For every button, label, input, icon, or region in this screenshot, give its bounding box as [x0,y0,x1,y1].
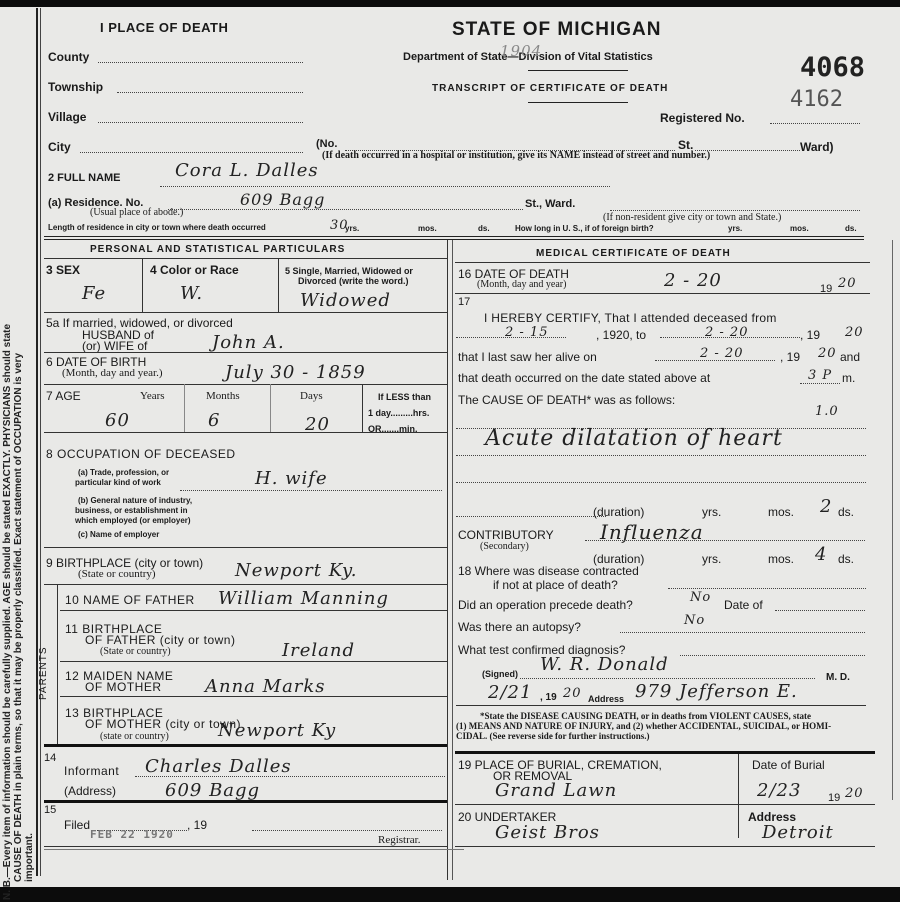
death-time-suffix: m. [842,371,855,385]
medical-section-title: MEDICAL CERTIFICATE OF DEATH [536,248,731,259]
age-days-label: Days [300,390,323,402]
informant-field[interactable] [135,776,445,777]
parents-bracket [57,584,58,744]
sex-value: Fe [82,283,106,304]
mother-birthplace-label-3: (state or country) [100,731,169,742]
county-label: County [48,50,89,64]
cause-label: The CAUSE OF DEATH* was as follows: [458,393,675,407]
cause-duration-label: (duration) [593,505,644,519]
margin-line-3: important. [24,20,35,900]
county-field[interactable] [98,62,303,63]
divider [44,239,864,240]
left-border-inner [40,8,41,876]
contributory-duration-days: 4 [815,544,827,565]
operation-label: Did an operation precede death? [458,598,633,612]
birthplace-sublabel: (State or country) [78,568,156,580]
attended-from-value: 2 - 15 [505,325,548,340]
divider [278,258,279,312]
mother-birthplace-value: Newport Ky [218,720,336,741]
attended-from-year: , 1920, to [596,328,646,342]
foreign-birth-label: How long in U. S., if of foreign birth? [515,224,654,233]
divider [44,432,447,433]
occupation-label: 8 OCCUPATION OF DECEASED [46,447,236,461]
divider [60,661,447,662]
ward-label: Ward) [800,140,834,154]
mother-name-label-2: OF MOTHER [85,680,162,694]
marital-label-2: Divorced (write the word.) [298,276,409,286]
divider [738,754,739,838]
personal-section-title: PERSONAL AND STATISTICAL PARTICULARS [90,244,345,255]
filed-label: Filed [64,818,90,832]
nonresident-note: (If non-resident give city or town and S… [603,212,781,223]
father-birthplace-value: Ireland [282,640,355,661]
ward-field-2[interactable] [610,210,860,211]
spouse-label-3: (or) WIFE of [82,339,147,353]
state-title: STATE OF MICHIGAN [452,19,661,41]
contributory-field[interactable] [585,540,865,541]
occ-a-label-1: (a) Trade, profession, or [78,468,169,477]
informant-value: Charles Dalles [145,756,292,777]
less-than-label: If LESS than [378,392,431,402]
divider [44,849,464,850]
autopsy-field[interactable] [620,632,865,633]
foreign-yrs-label: yrs. [728,224,742,233]
age-months-value: 6 [208,410,220,431]
divider-thick [44,744,447,747]
death-time-value: 3 P [808,368,832,383]
registrar-field[interactable] [252,830,442,831]
race-label: 4 Color or Race [150,263,239,277]
yrs-label: yrs. [345,224,359,233]
transcript-title: TRANSCRIPT OF CERTIFICATE OF DEATH [432,83,668,94]
occ-b-label-2: business, or establishment in [75,506,187,515]
sign-year-prefix: , 19 [540,692,557,703]
village-label: Village [48,110,86,124]
residence-value: 609 Bagg [240,190,325,209]
filed-stamp: FEB 22 1920 [90,828,174,841]
certify-text: I HEREBY CERTIFY, That I attended deceas… [484,311,777,325]
occupation-field[interactable] [180,490,442,491]
sex-label: 3 SEX [46,263,80,277]
sign-address-label: Address [588,694,624,704]
foreign-ds-label: ds. [845,224,857,233]
cause-yrs-label: yrs. [702,505,721,519]
divider [44,236,864,237]
stamp-number-2: 4162 [790,87,843,112]
margin-line-2: CAUSE OF DEATH in plain terms, so that i… [13,20,24,900]
cause-line-3[interactable] [456,482,866,483]
contributory-label: CONTRIBUTORY [458,528,554,542]
street-no-label: (No. [316,138,337,150]
last-saw-label: that I last saw her alive on [458,350,597,364]
and-label: and [840,350,860,364]
contracted-field[interactable] [668,588,866,589]
township-label: Township [48,80,103,94]
city-field[interactable] [80,152,303,153]
cause-duration-days: 2 [820,496,832,517]
age-years-label: Years [140,390,165,402]
divider [362,384,363,432]
left-border-outer [36,8,38,876]
test-field[interactable] [680,655,865,656]
sign-date-value: 2/21 [488,682,532,703]
informant-number: 14 [44,752,56,764]
margin-line-1: N. B.—Every item of information should b… [2,20,13,900]
residence-field[interactable] [168,209,523,210]
burial-date-value: 2/23 [757,780,801,801]
dob-sublabel: (Month, day and year.) [62,367,163,379]
autopsy-value: No [684,613,705,628]
scan-border-bottom [0,887,900,902]
divider [44,352,447,353]
divider [528,70,628,71]
mother-name-value: Anna Marks [205,676,326,697]
ward-field[interactable] [695,150,800,151]
filed-year-label: , 19 [187,818,207,832]
operation-date-label: Date of [724,598,763,612]
death-time-field[interactable] [800,383,840,384]
contributory-yrs-label: yrs. [702,552,721,566]
registered-no-label: Registered No. [660,111,745,125]
contributory-mos-label: mos. [768,552,794,566]
autopsy-label: Was there an autopsy? [458,620,581,634]
marital-label-1: 5 Single, Married, Widowed or [285,266,413,276]
cause-mark: 1.0 [815,404,839,419]
spouse-value: John A. [212,332,285,353]
birthplace-value: Newport Ky. [235,560,358,581]
operation-value: No [690,590,711,605]
race-value: W. [180,283,203,304]
cause-line-2[interactable] [456,455,866,456]
column-divider [447,240,448,880]
contracted-label-1: 18 Where was disease contracted [458,564,639,578]
informant-address-value: 609 Bagg [165,780,260,801]
divider [455,804,875,805]
father-name-label: 10 NAME OF FATHER [65,593,195,607]
dod-sublabel: (Month, day and year) [477,279,566,290]
md-label: M. D. [826,672,850,683]
signed-value: W. R. Donald [540,654,669,675]
marital-value: Widowed [300,290,391,311]
footnote-line-1: *State the DISEASE CAUSING DEATH, or in … [480,711,811,721]
cause-ds-label: ds. [838,505,854,519]
divider [44,584,447,585]
occupation-value: H. wife [255,468,328,489]
divider [456,705,866,706]
cause-mos-label: mos. [768,505,794,519]
registered-no-field[interactable] [770,123,860,124]
divider-thick [455,751,875,754]
one-day-label: 1 day.........hrs. [368,408,429,418]
length-residence-label: Length of residence in city or town wher… [48,223,266,232]
burial-year: 20 [845,786,864,801]
father-birthplace-label-2: OF FATHER (city or town) [85,633,235,647]
informant-label: Informant [64,764,119,778]
filed-number: 15 [44,804,56,816]
hospital-note: (If death occurred in a hospital or inst… [322,150,710,161]
right-border [892,240,893,800]
occ-a-label-2: particular kind of work [75,478,161,487]
attended-to-year-prefix: , 19 [800,328,820,342]
father-birthplace-label-3: (State or country) [100,646,171,657]
full-name-field[interactable] [160,186,610,187]
registrar-label: Registrar. [378,834,420,846]
village-field[interactable] [98,122,303,123]
last-saw-year: 20 [818,346,837,361]
age-months-label: Months [206,390,240,402]
age-label: 7 AGE [46,389,81,403]
mos-label: mos. [418,224,437,233]
stamp-number-1: 4068 [800,52,865,83]
cause-value: Acute dilatation of heart [485,426,783,451]
divider [44,384,447,385]
undertaker-value: Geist Bros [495,822,600,843]
residence-sublabel: (Usual place of abode.) [90,207,183,218]
divider [528,102,628,103]
divider [184,384,185,432]
age-years-value: 60 [105,410,130,431]
cause-duration-spacer [456,516,606,517]
column-divider-inner [452,240,453,880]
undertaker-address-value: Detroit [762,822,834,843]
burial-year-prefix: 19 [828,792,840,804]
footnote-line-2: (1) MEANS AND NATURE OF INJURY, and (2) … [456,721,831,731]
divider [44,312,447,313]
divider [270,384,271,432]
divider [60,610,447,611]
signature-field[interactable] [520,678,815,679]
stamp-overlay-year: 1904 [500,42,542,60]
divider [44,547,447,548]
foreign-mos-label: mos. [790,224,809,233]
operation-date-field[interactable] [775,610,865,611]
divider [455,262,870,263]
contributory-ds-label: ds. [838,552,854,566]
divider [60,696,447,697]
informant-address-label: (Address) [64,784,116,798]
parents-label: PARENTS [38,647,49,701]
divider [44,846,447,847]
occ-b-label-1: (b) General nature of industry, [78,496,192,505]
father-name-value: William Manning [218,588,389,609]
margin-instructions: N. B.—Every item of information should b… [2,20,35,900]
divider [142,258,143,312]
dob-value: July 30 - 1859 [225,362,366,383]
divider [44,258,447,259]
divider [455,293,870,294]
last-saw-value: 2 - 20 [700,346,743,361]
death-time-label: that death occurred on the date stated a… [458,371,710,385]
dod-value: 2 - 20 [664,270,722,291]
attended-to-year: 20 [845,325,864,340]
footnote-line-3: CIDAL. (See reverse side for further ins… [456,731,649,741]
dod-year-value: 20 [838,276,857,291]
burial-place-value: Grand Lawn [495,780,617,801]
full-name-value: Cora L. Dalles [175,160,319,181]
city-label: City [48,140,71,154]
sign-year: 20 [563,686,582,701]
sign-address-value: 979 Jefferson E. [635,681,798,702]
burial-date-label: Date of Burial [752,758,825,772]
occ-c-label: (c) Name of employer [78,530,159,539]
occ-b-label-3: which employed (or employer) [75,516,191,525]
contracted-label-2: if not at place of death? [493,578,618,592]
ds-label: ds. [478,224,490,233]
township-field[interactable] [117,92,303,93]
section-place-of-death-title: I PLACE OF DEATH [100,20,228,35]
signed-label: (Signed) [482,669,518,679]
certify-number: 17 [458,296,470,308]
last-saw-year-prefix: , 19 [780,350,800,364]
divider-thick [44,800,447,803]
scan-border-top [0,0,900,7]
divider [455,846,875,847]
contributory-sublabel: (Secondary) [480,541,529,552]
full-name-label: 2 FULL NAME [48,172,121,184]
attended-to-value: 2 - 20 [705,325,748,340]
st-ward-label: St., Ward. [525,198,575,210]
